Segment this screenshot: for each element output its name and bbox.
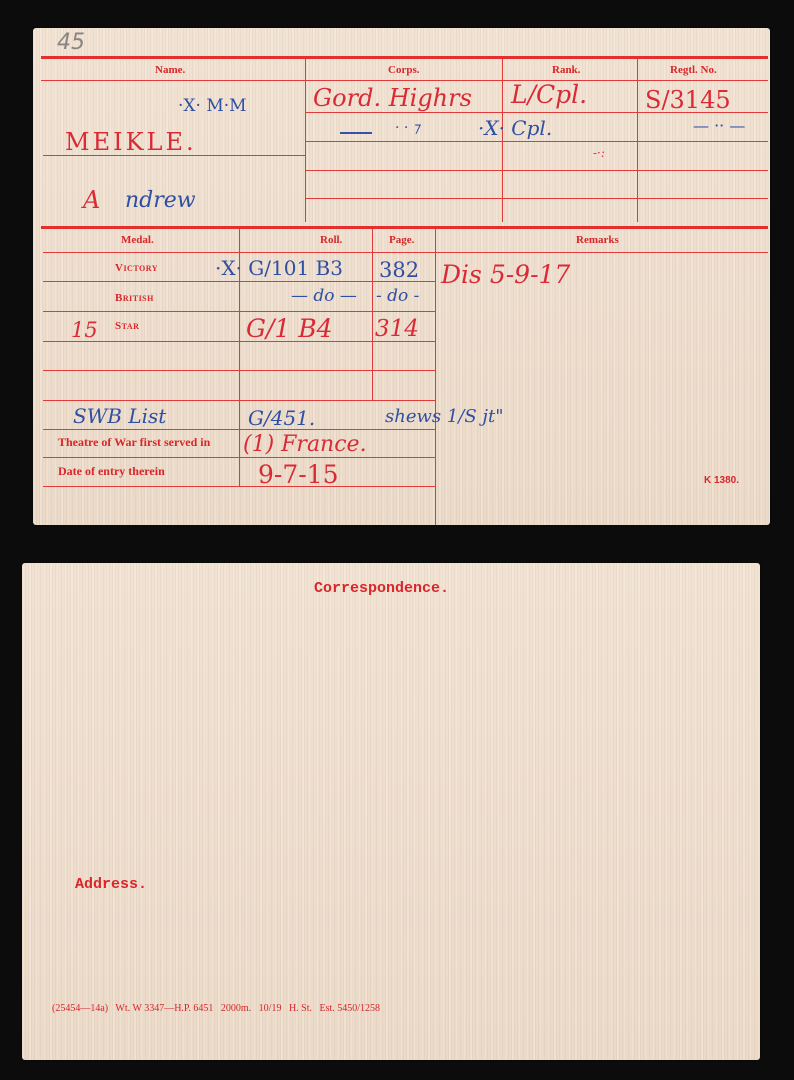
medal-card-back: Correspondence. Address. (25454—14a) Wt.… — [22, 563, 760, 1060]
swb-roll: G/451. — [248, 406, 315, 430]
header-rank: Rank. — [552, 64, 580, 76]
header-regt-no: Regtl. No. — [670, 64, 717, 76]
corps-value: Gord. Highrs — [313, 84, 472, 112]
entry-date-value: 9-7-15 — [258, 460, 339, 489]
roll-star: G/1 B4 — [246, 314, 333, 343]
remarks-value: Dis 5-9-17 — [441, 260, 570, 289]
medal-section-rule — [41, 226, 768, 229]
divider — [305, 58, 306, 222]
surname: MEIKLE. — [65, 128, 197, 156]
top-rule — [41, 56, 768, 59]
swb-list-label: SWB List — [73, 404, 166, 428]
header-roll: Roll. — [320, 234, 342, 246]
regt-no-value: S/3145 — [645, 86, 731, 114]
header-medal: Medal. — [121, 234, 154, 246]
divider — [372, 229, 373, 401]
star-prefix: 15 — [71, 318, 98, 342]
award-note: ·X· M·M — [178, 96, 247, 116]
header-corps: Corps. — [388, 64, 419, 76]
correspondence-title: Correspondence. — [314, 580, 449, 597]
divider — [637, 58, 638, 222]
ink-mark: -·: — [593, 146, 605, 160]
rule — [43, 486, 435, 487]
rule — [305, 170, 768, 171]
forename-initial: A — [83, 186, 100, 214]
roll-british: — do — — [291, 286, 357, 306]
divider — [502, 58, 503, 222]
form-code: K 1380. — [704, 475, 739, 486]
corps-ditto-dots: · · ⁊ — [395, 120, 420, 136]
rule — [305, 198, 768, 199]
page-victory: 382 — [379, 258, 419, 282]
entry-date-label: Date of entry therein — [58, 464, 165, 479]
rule — [43, 252, 768, 253]
corps-ditto-dash — [340, 132, 372, 134]
rule — [41, 80, 768, 81]
swb-remark: shews 1/S jt" — [385, 406, 504, 427]
medal-victory: Victory — [115, 262, 158, 274]
header-name: Name. — [155, 64, 185, 76]
rule — [305, 141, 768, 142]
page-british: - do - — [376, 286, 419, 306]
address-label: Address. — [75, 876, 147, 893]
medal-star: Star — [115, 320, 139, 332]
forename: ndrew — [125, 188, 196, 213]
theatre-label: Theatre of War first served in — [58, 435, 210, 450]
roll-victory: ·X· G/101 B3 — [215, 256, 343, 280]
page-star: 314 — [375, 316, 419, 342]
regt-ditto: — ·· — — [693, 116, 745, 135]
medal-british: British — [115, 292, 154, 304]
form-footer: (25454—14a) Wt. W 3347—H.P. 6451 2000m. … — [52, 1003, 380, 1014]
theatre-value: (1) France. — [243, 432, 367, 457]
rank-value: L/Cpl. — [511, 80, 587, 109]
medal-card-front: 45 Name. Corps. Rank. Regtl. No. ·X· M·M… — [33, 28, 770, 525]
header-page: Page. — [389, 234, 414, 246]
pencil-note: 45 — [57, 30, 85, 55]
divider — [435, 229, 436, 525]
header-remarks: Remarks — [576, 234, 619, 246]
rank-update: ·X· Cpl. — [478, 116, 552, 140]
